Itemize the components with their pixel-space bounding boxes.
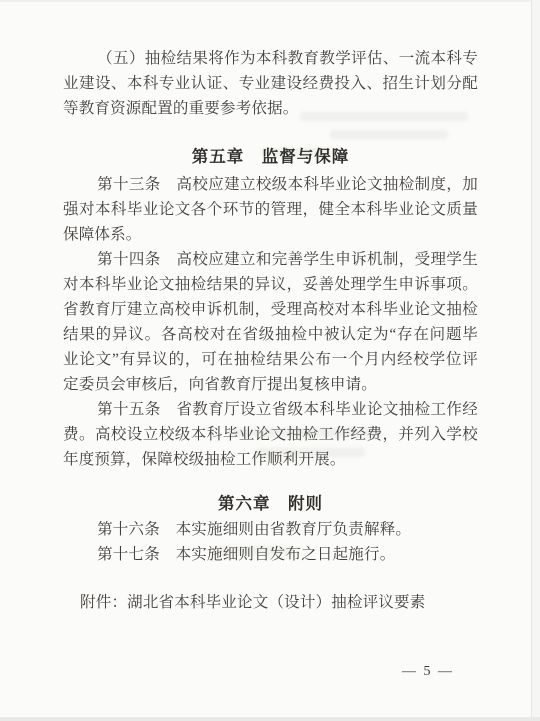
page-number: — 5 —	[402, 663, 454, 681]
chapter-6-heading: 第六章 附则	[63, 492, 478, 517]
attachment-reference: 附件：湖北省本科毕业论文（设计）抽检评议要素	[63, 590, 478, 615]
page-right-edge-line	[531, 0, 532, 721]
page-right-edge	[532, 0, 540, 721]
article-13: 第十三条 高校应建立校级本科毕业论文抽检制度，加强对本科毕业论文各个环节的管理，…	[63, 172, 478, 247]
page-bottom-edge	[0, 717, 540, 721]
article-16: 第十六条 本实施细则由省教育厅负责解释。	[63, 517, 478, 542]
document-body: （五）抽检结果将作为本科教育教学评估、一流本科专业建设、本科专业认证、专业建设经…	[63, 46, 478, 615]
article-17: 第十七条 本实施细则自发布之日起施行。	[63, 542, 478, 567]
article-14: 第十四条 高校应建立和完善学生申诉机制，受理学生对本科毕业论文抽检结果的异议，妥…	[63, 247, 478, 397]
article-15: 第十五条 省教育厅设立省级本科毕业论文抽检工作经费。高校设立校级本科毕业论文抽检…	[63, 397, 478, 472]
paragraph-item-5: （五）抽检结果将作为本科教育教学评估、一流本科专业建设、本科专业认证、专业建设经…	[63, 46, 478, 121]
page-top-edge	[0, 0, 540, 2]
chapter-5-heading: 第五章 监督与保障	[63, 145, 478, 170]
scanned-page: （五）抽检结果将作为本科教育教学评估、一流本科专业建设、本科专业认证、专业建设经…	[0, 0, 540, 721]
